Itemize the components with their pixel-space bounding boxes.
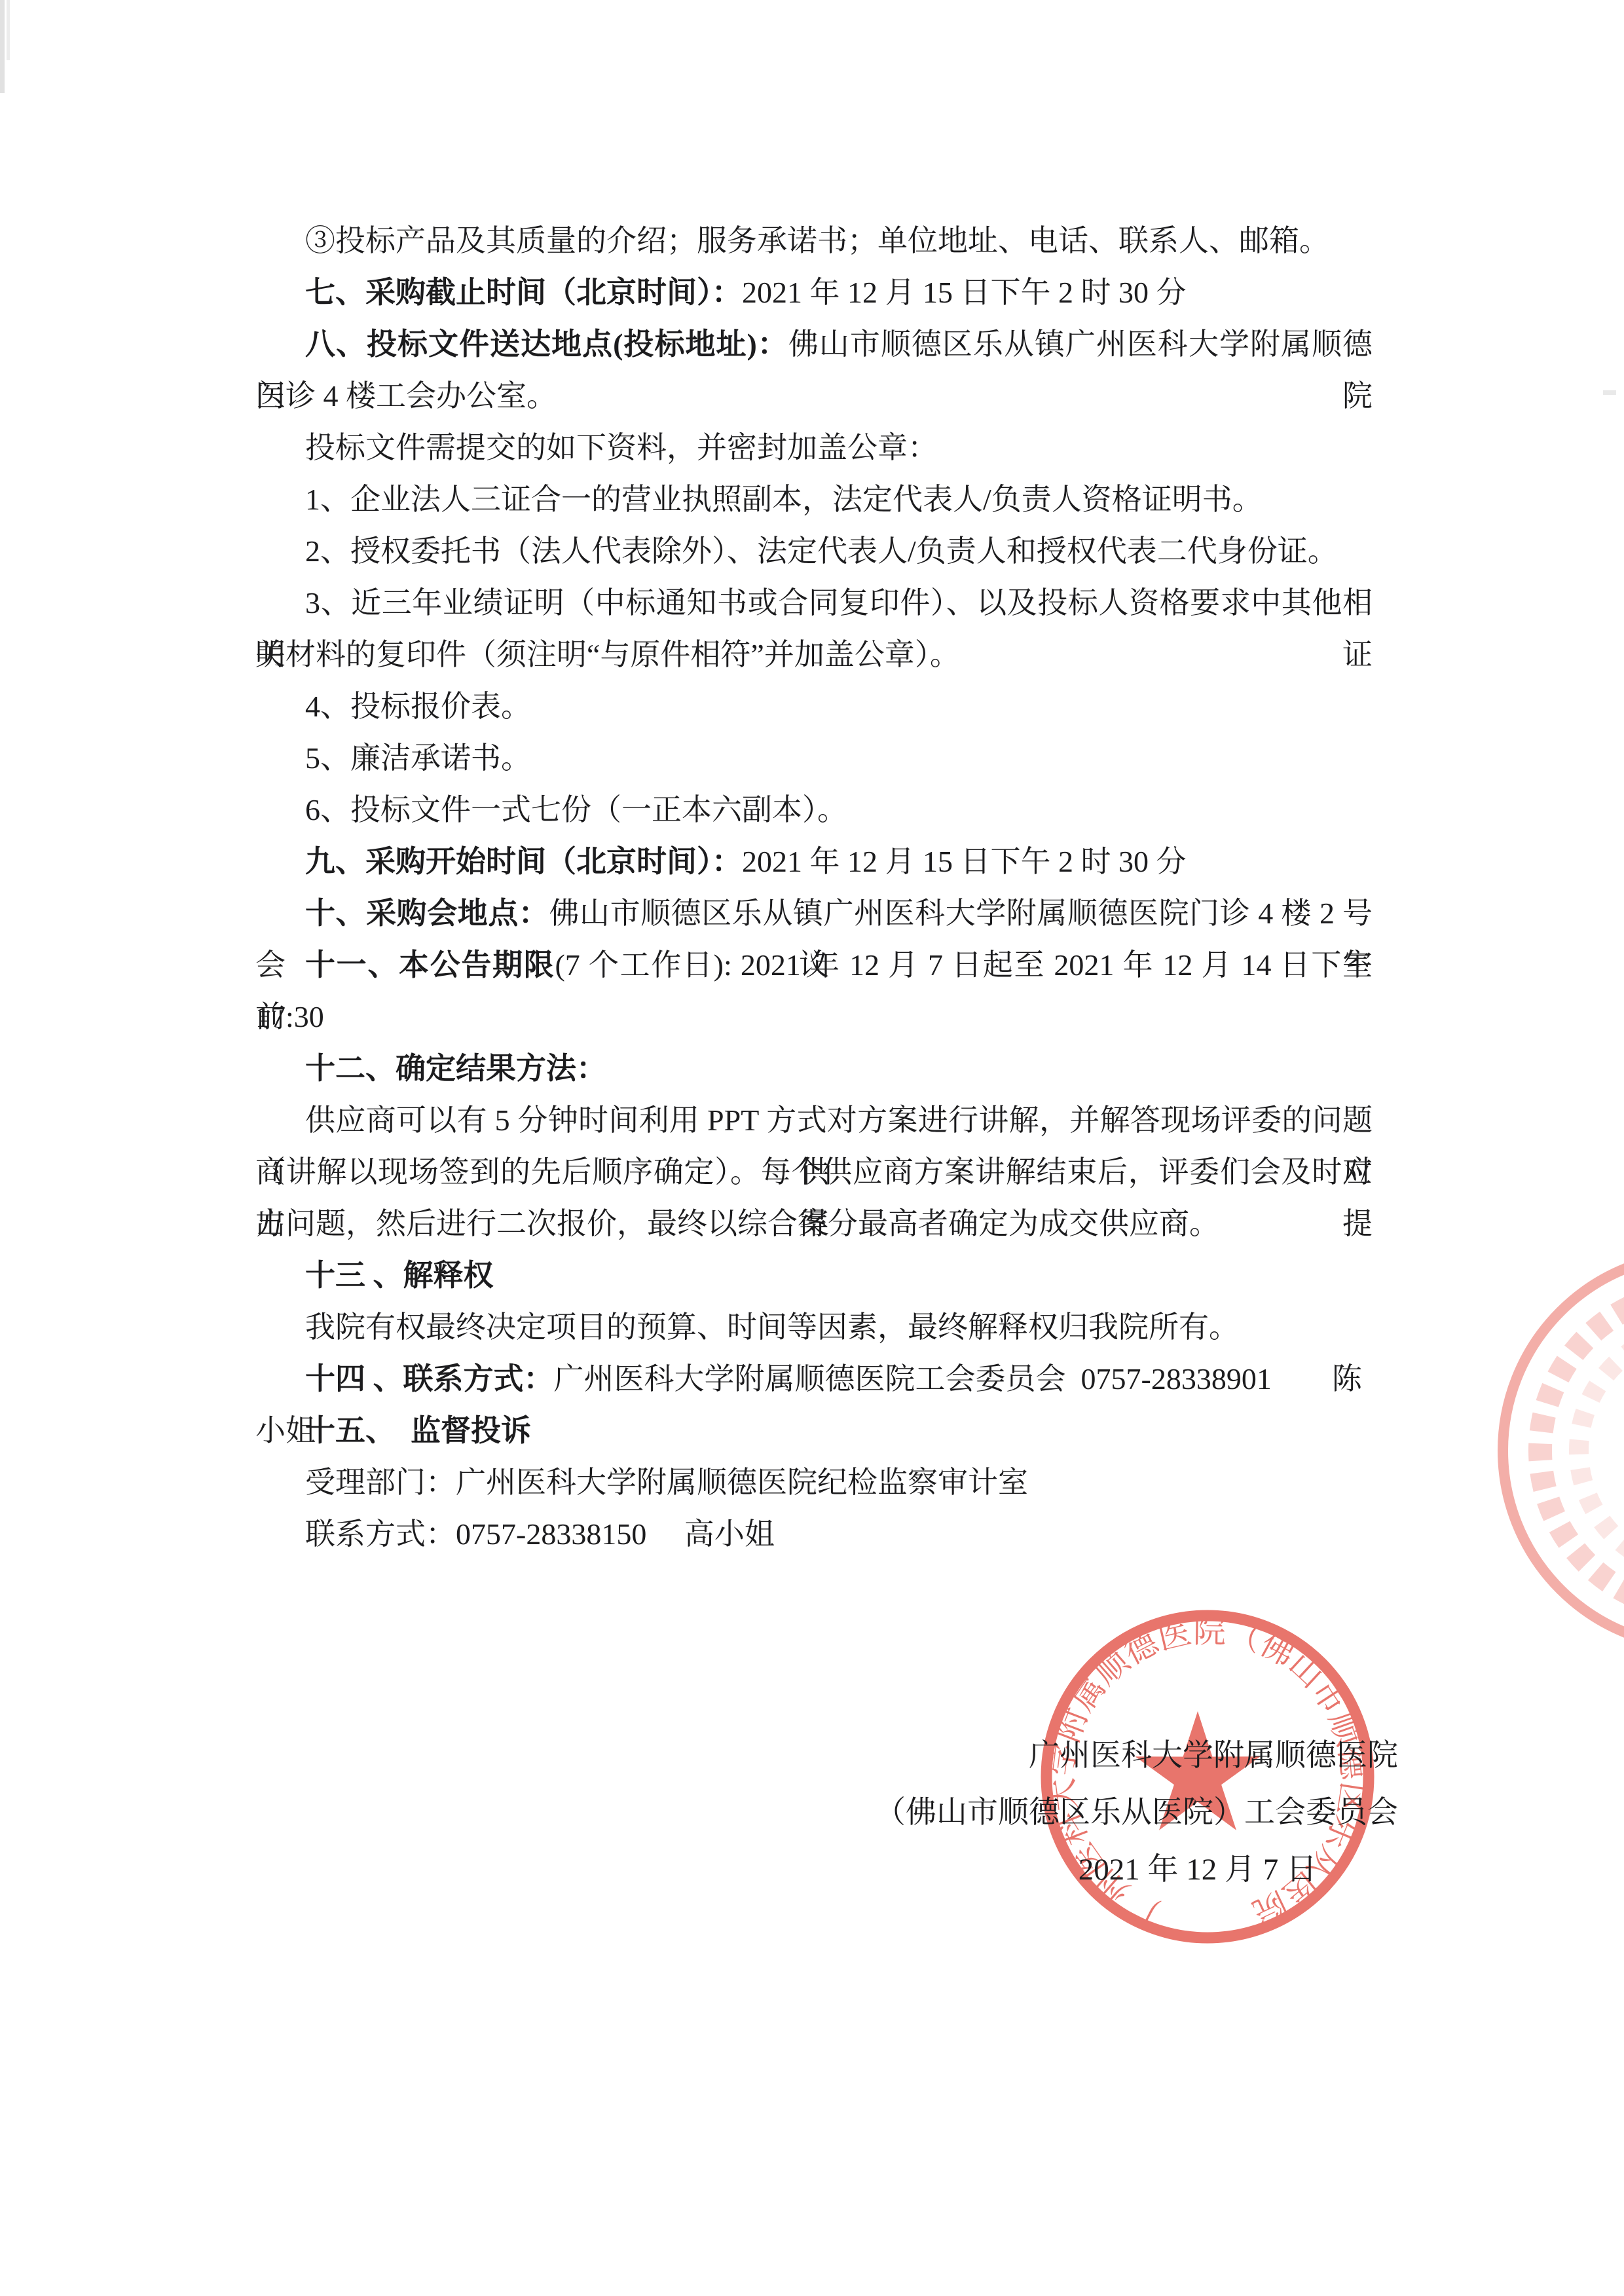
text-line: 联系方式：0757-28338150 高小姐: [255, 1508, 1373, 1560]
text-line: 投标文件需提交的如下资料，并密封加盖公章：: [255, 422, 1373, 473]
text-segment: 七、采购截止时间（北京时间）：: [305, 276, 742, 309]
text-line: 十二、确定结果方法：: [255, 1043, 1373, 1094]
text-segment: 十二、确定结果方法：: [305, 1052, 606, 1085]
text-line: 十一、本公告期限(7 个工作日): 2021 年 12 月 7 日起至 2021…: [255, 939, 1373, 991]
text-segment: 联系方式：0757-28338150 高小姐: [305, 1517, 775, 1551]
text-line: 5、廉洁承诺书。: [255, 732, 1373, 784]
scanned-document-page: 广州医科大学附属顺德医院（佛山市顺德区乐从医院）工会委员会 ③投标产品及其质量的…: [0, 0, 1624, 2296]
document-body: ③投标产品及其质量的介绍；服务承诺书；单位地址、电话、联系人、邮箱。七、采购截止…: [255, 215, 1373, 1560]
text-line: 2、授权委托书（法人代表除外）、法定代表人/负责人和授权代表二代身份证。: [255, 525, 1373, 577]
signature-org-line1: 广州医科大学附属顺德医院: [875, 1728, 1398, 1785]
text-segment: 十五、 监督投诉: [305, 1414, 531, 1447]
text-segment: 投标文件需提交的如下资料，并密封加盖公章：: [305, 431, 938, 464]
text-segment: 前: [255, 1000, 286, 1033]
text-line: 我院有权最终决定项目的预算、时间等因素，最终解释权归我院所有。: [255, 1301, 1373, 1353]
text-line: 受理部门：广州医科大学附属顺德医院纪检监察审计室: [255, 1456, 1373, 1508]
text-segment: 受理部门：广州医科大学附属顺德医院纪检监察审计室: [305, 1466, 1028, 1499]
text-segment: 2021 年 12 月 15 日下午 2 时 30 分: [742, 276, 1187, 309]
text-line: 商讲解以现场签到的先后顺序确定）。每个供应商方案讲解结束后，评委们会及时对方案提: [255, 1146, 1373, 1198]
text-segment: 出问题，然后进行二次报价，最终以综合得分最高者确定为成交供应商。: [255, 1207, 1219, 1240]
text-segment: 十三 、解释权: [305, 1259, 494, 1292]
text-line: 八、投标文件送达地点(投标地址)：佛山市顺德区乐从镇广州医科大学附属顺德医院: [255, 318, 1373, 370]
signature-block: 广州医科大学附属顺德医院 （佛山市顺德区乐从医院）工会委员会 2021 年 12…: [875, 1728, 1398, 1898]
partial-seal-stamp: [1428, 1218, 1624, 1690]
text-line: 4、投标报价表。: [255, 680, 1373, 732]
text-line: 十三 、解释权: [255, 1250, 1373, 1301]
text-segment: 4、投标报价表。: [305, 690, 531, 723]
partial-seal-inner-text-ring: [1579, 1330, 1624, 1571]
signature-date: 2021 年 12 月 7 日: [875, 1842, 1317, 1898]
text-segment: ③投标产品及其质量的介绍；服务承诺书；单位地址、电话、联系人、邮箱。: [305, 224, 1329, 257]
text-segment: 6、投标文件一式七份（一正本六副本）。: [305, 793, 847, 826]
text-segment: 八、投标文件送达地点(投标地址)：: [305, 327, 788, 361]
text-line: 七、采购截止时间（北京时间）：2021 年 12 月 15 日下午 2 时 30…: [255, 267, 1373, 318]
text-line: ③投标产品及其质量的介绍；服务承诺书；单位地址、电话、联系人、邮箱。: [255, 215, 1373, 267]
text-segment: 门诊 4 楼工会办公室。: [255, 379, 557, 413]
text-line: 6、投标文件一式七份（一正本六副本）。: [255, 784, 1373, 836]
text-segment: 十四 、联系方式：: [305, 1362, 554, 1396]
text-line: 十、采购会地点：佛山市顺德区乐从镇广州医科大学附属顺德医院门诊 4 楼 2 号会…: [255, 887, 1373, 939]
text-segment: 十一、本公告期限: [305, 948, 555, 982]
text-line: 前: [255, 991, 1373, 1043]
text-line: 出问题，然后进行二次报价，最终以综合得分最高者确定为成交供应商。: [255, 1198, 1373, 1250]
text-line: 供应商可以有 5 分钟时间利用 PPT 方式对方案进行讲解，并解答现场评委的问题…: [255, 1094, 1373, 1146]
text-segment: 5、廉洁承诺书。: [305, 741, 531, 775]
text-line: 九、采购开始时间（北京时间）：2021 年 12 月 15 日下午 2 时 30…: [255, 836, 1373, 887]
text-segment: 2、授权委托书（法人代表除外）、法定代表人/负责人和授权代表二代身份证。: [305, 534, 1338, 568]
scan-artifact: [7, 0, 10, 60]
text-segment: 十、采购会地点：: [305, 897, 549, 930]
text-line: 十四 、联系方式：广州医科大学附属顺德医院工会委员会 0757-28338901…: [255, 1353, 1373, 1405]
partial-seal-ring: [1503, 1254, 1624, 1647]
text-line: 十五、 监督投诉: [255, 1405, 1373, 1456]
text-line: 3、近三年业绩证明（中标通知书或合同复印件）、以及投标人资格要求中其他相关证: [255, 577, 1373, 629]
text-segment: 2021 年 12 月 15 日下午 2 时 30 分: [742, 845, 1187, 878]
scan-artifact: [0, 0, 5, 93]
text-segment: 明材料的复印件（须注明“与原件相符”并加盖公章）。: [255, 638, 960, 671]
scan-artifact: [1603, 390, 1616, 395]
signature-org-line2: （佛山市顺德区乐从医院）工会委员会: [875, 1785, 1398, 1842]
text-segment: 我院有权最终决定项目的预算、时间等因素，最终解释权归我院所有。: [305, 1310, 1239, 1344]
text-segment: 九、采购开始时间（北京时间）：: [305, 845, 742, 878]
text-line: 1、企业法人三证合一的营业执照副本，法定代表人/负责人资格证明书。: [255, 473, 1373, 525]
text-segment: 1、企业法人三证合一的营业执照副本，法定代表人/负责人资格证明书。: [305, 483, 1263, 516]
